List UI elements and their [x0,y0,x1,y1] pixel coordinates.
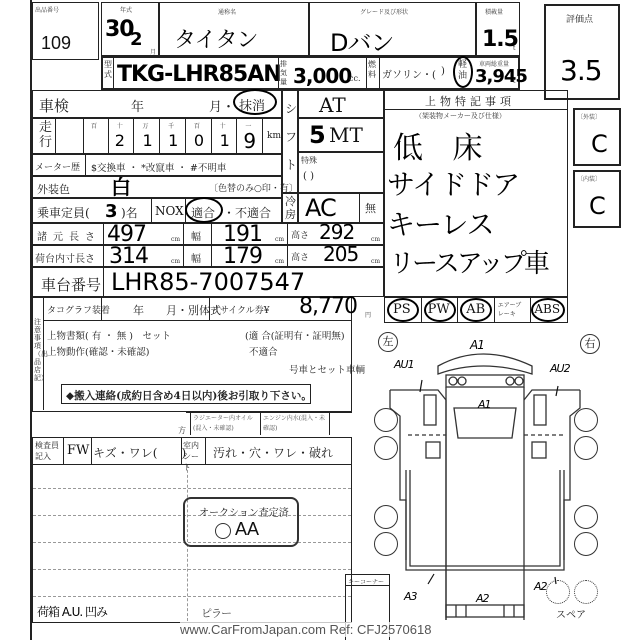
notes-section: 注意事項（出品店記） タコグラフ装着 年 月・別体式 リサイクル券¥ 8,770… [32,297,352,412]
inspection-row: 車検 年 月・ 抹消 [32,90,282,118]
exterior-grade-label: 〔外装〕 [577,112,601,121]
color-row: 外装色 白 〔色替のみ○印・有〕 [32,176,282,198]
tire-front-right-2 [574,436,598,460]
gvw-unit: t [513,78,515,85]
digit-cell: 百0 [186,119,212,153]
load-label: 積載量 [485,7,503,16]
divider [211,224,212,244]
inspector-note: 荷箱 A.U. 凹み [37,603,107,620]
equipment-ab-circle [460,298,492,322]
interior-grade-label: 〔内装〕 [577,174,601,183]
damage-mark-left-door: AU1 [394,358,414,371]
equipment-ps-circle [387,298,419,322]
watermark: www.CarFromJapan.com Ref: CFJ2570618 [180,622,431,637]
equipment-pw-circle [424,298,456,322]
divider [55,119,56,153]
digit-value: 2 [115,131,124,150]
auction-stamp: オークション査定済 AA [183,497,299,547]
divider [205,438,206,464]
equipment-cell-ps: PS [385,298,422,322]
shift-label: シフト [285,95,297,179]
digit-cell: 十1 [212,119,238,153]
digit-label: 千 [168,121,174,130]
score-box: 評価点 3.5 [544,4,620,100]
equipment-row: PS PW AB エアーブレーキ ABS [384,297,568,323]
upper-note-4: リースアップ車 [389,243,547,280]
tire-rear-right-2 [574,532,598,556]
grade-value: Dバン [330,23,393,58]
gvw-value: 3,945 [475,66,527,87]
shift-mt-box: 5 MT [298,118,384,152]
digit-cell: 一9 [237,119,263,153]
radiator-label: ラジエーター内オイル(混入・未確認) [193,414,259,434]
divider [101,298,102,320]
fuel-gasoline: ガソリン・( [382,66,436,81]
divider [63,438,64,464]
direction-label: 方 [178,425,186,436]
divider [183,246,184,266]
model-name: タイタン [174,23,258,54]
displacement-value: 3,000 [293,64,351,88]
divider [151,199,152,222]
recycle-label: リサイクル券¥ [211,303,269,316]
chassis-code: TKG-LHR85AN [117,62,281,87]
shift-mt-number: 5 [309,121,325,149]
inspector-row: 検査員記入 FW キズ・ワレ( ) 室内シート 汚れ・穴・ワレ・破れ [32,437,352,465]
digit-cell: 十2 [109,119,135,153]
notes-vertical-label: 注意事項（出品店記） [34,318,42,382]
fuel-paren-close: ) [441,66,445,77]
upper-note-2: サイドドア [387,163,519,203]
bed-height-label: 高さ [291,250,309,263]
upper-sublabel: （架装物メーカー及び仕様） [415,111,506,121]
divider [359,194,360,222]
fw-options: キズ・ワレ( ) [93,444,186,461]
digit-value: 1 [168,131,177,150]
divider [278,58,279,90]
equipment-cell-ab: AB [458,298,495,322]
digit-value: 0 [194,131,203,150]
tire-front-left-2 [374,436,398,460]
equipment-cell-pw: PW [422,298,459,322]
engine-water-cell: エンジン内水(混入・未確認) [260,413,330,435]
bed-length-label: 荷台内寸長さ [35,250,95,265]
mileage-digits: 百 十2 万1 千1 百0 十1 一9 [83,119,263,153]
displacement-label: 排気量 [280,60,289,87]
tire-front-right-1 [574,408,598,432]
model-name-box: 通称名 タイタン [159,2,309,56]
upper-note-1: 低 床 [393,123,493,167]
bed-length: 314 [109,244,148,269]
spare-tire-2 [574,580,598,604]
cm-unit: cm [171,258,180,265]
displacement-unit: cc. [349,74,361,83]
capacity-suffix: )名 [121,204,138,221]
digit-label: 十 [117,121,123,130]
shift-mt: MT [329,123,363,147]
digit-value: 1 [142,131,151,150]
inspection-status-circle [233,89,277,115]
inspector-label: 検査員記入 [35,440,59,462]
tacho-value: 年 月・別体式 [133,302,221,318]
damage-mark-rear-left: A3 [404,590,417,603]
shift-at: AT [319,93,346,117]
frame-number: LHR85-7007547 [111,268,305,296]
digit-cell: 万1 [134,119,160,153]
chassis-row: 型式 TKG-LHR85AN 排気量 3,000 cc. 燃料 ガソリン・( )… [101,56,520,90]
fuel-selected-circle [453,56,473,88]
ac-value: AC [305,194,336,222]
color-change-note: 〔色替のみ○印・有〕 [209,181,298,194]
tire-front-left-1 [374,408,398,432]
inspection-month: 月・ [209,96,235,115]
divider [211,246,212,266]
damage-mark-windshield: A1 [478,398,491,411]
fluid-row: 方 ラジエーター内オイル(混入・未確認) エンジン内水(混入・未確認) [186,412,352,436]
cm-unit: cm [171,236,180,243]
exterior-grade-box: 〔外装〕 C [573,108,621,166]
bed-width: 179 [223,244,262,269]
special-paren: ( ) [303,171,314,182]
digit-value: 9 [243,129,255,153]
dotted-line [33,488,351,489]
digit-label: 万 [142,121,148,130]
divider [385,109,567,110]
lot-number: 109 [41,33,71,54]
frame-row: 車台番号 LHR85-7007547 [32,267,384,297]
bed-width-label: 幅 [191,250,201,265]
recycle-unit: 円 [365,310,371,319]
exterior-color-label: 外装色 [37,181,70,197]
engine-water-label: エンジン内水(混入・未確認) [263,414,329,434]
month-value: 2 [130,29,142,50]
year-label: 年式 [120,5,132,14]
tire-rear-left-2 [374,532,398,556]
ac-box: AC 無 [298,193,384,223]
divider [287,224,288,244]
divider [91,438,92,464]
inspection-label: 車検 [39,95,69,116]
bed-height: 205 [323,242,358,266]
year-box: 年式 30 2 月 [101,2,159,56]
stamp-logo-text: AA [235,519,259,540]
divider [181,438,182,464]
inspection-year: 年 [131,96,144,115]
nox-ok-circle [185,197,223,223]
capacity-label: 乗車定員( [37,204,90,221]
spare-tire-1 [546,580,570,604]
inspector-note-2: ピラー [201,605,231,621]
divider [103,224,104,244]
mileage-unit: km [267,131,281,141]
exterior-grade: C [591,130,607,158]
interior-grade: C [589,192,605,220]
divider [366,58,367,90]
damage-diagram: 左 右 [352,330,640,640]
equipment-cell-abs: ABS [531,298,567,322]
tire-rear-right-1 [574,505,598,529]
meter-row: メーター歴 $交換車 ・ *改竄車 ・ #不明車 [32,154,282,176]
score-value: 3.5 [560,54,602,87]
spec-width-label: 幅 [191,228,201,243]
ac-label-col: 冷房 [282,193,298,223]
spec-height: 292 [319,220,354,244]
special-label: 特殊 [301,155,317,166]
grade-box: グレード及び形状 Dバン [309,2,476,56]
set-nonconform: 不適合 [249,344,278,358]
special-box: 特殊 ( ) [298,152,384,193]
spare-label: スペア [556,606,586,621]
mileage-row: 走行 百 十2 万1 千1 百0 十1 一9 km [32,118,282,154]
set-conformity: (適 合(証明有・証明無) [245,328,345,342]
interior-seat-options: 汚れ・穴・ワレ・破れ [213,444,333,461]
dotted-line [33,569,351,570]
divider [43,298,44,410]
grade-label: グレード及び形状 [360,7,408,16]
upper-docs: 上物書類( 有 ・ 無 ) セット [47,328,171,342]
nox-label: NOX [155,204,184,218]
divider [183,224,184,244]
stamp-title: オークション査定済 [199,504,289,519]
spec-length-label: 諸元長さ [37,228,101,243]
divider [85,155,86,175]
divider [287,246,288,266]
divider [209,298,210,320]
cm-unit: cm [371,258,380,265]
load-box: 積載量 1.5 t [476,2,520,56]
lot-number-box: 出品番号 109 [32,2,99,60]
radiator-cell: ラジエーター内オイル(混入・未確認) [190,413,260,435]
digit-label: 百 [91,121,97,130]
lot-label: 出品番号 [35,5,59,14]
divider [379,58,380,90]
digit-label: 百 [194,121,200,130]
mileage-label: 走行 [39,120,53,150]
digit-cell: 百 [83,119,109,153]
upper-notes-box: 上物特記事項 （架装物メーカー及び仕様） 低 床 サイドドア キーレス リースア… [384,90,568,297]
bed-row: 荷台内寸長さ 314 cm 幅 179 cm 高さ 205 cm [32,245,384,267]
stamp-logo-icon [215,523,231,539]
upper-operation: 上物動作(確認・未確認) [47,344,149,358]
upper-label: 上物特記事項 [425,93,515,109]
divider [43,320,351,321]
upper-note-3: キーレス [387,203,494,243]
shift-at-box: AT [298,90,384,118]
cm-unit: cm [275,258,284,265]
cm-unit: cm [275,236,284,243]
fuel-label: 燃料 [368,60,377,80]
air-brake-label: エアーブレーキ [498,301,524,319]
nox-ng: ・不適合 [223,204,271,221]
notice-box: ◆搬入連絡(成約日含め4日以内)後お引取り下さい。 [61,384,311,404]
equipment-cell-airbrake: エアーブレーキ [495,298,532,322]
interior-grade-box: 〔内装〕 C [573,170,621,228]
divider [113,58,114,90]
equipment-abs-circle [531,298,565,322]
damage-mark-rear-bumper: A2 [476,592,489,605]
shift-label-col: シフト [282,90,298,193]
model-name-label: 通称名 [218,7,236,16]
recycle-amount: 8,770 [299,294,357,319]
divider [103,246,104,266]
capacity-row: 乗車定員( 3 )名 NOX 適合 ・不適合 [32,198,282,223]
meter-label: メーター歴 [35,160,80,173]
load-unit: t [513,45,515,52]
fw-label: FW [67,443,89,458]
notice-text: ◆搬入連絡(成約日含め4日以内)後お引取り下さい。 [66,388,312,403]
spec-height-label: 高さ [291,228,309,241]
exterior-color: 白 [111,171,130,200]
ac-none: 無 [365,200,376,216]
damage-mark-front-bumper: A1 [470,338,484,352]
tire-rear-left-1 [374,505,398,529]
dotted-line [33,596,351,597]
frame-label: 車台番号 [41,274,101,295]
capacity-value: 3 [105,201,117,222]
cm-unit: cm [371,236,380,243]
damage-mark-rear-right: A2 [534,580,547,593]
divider [346,585,389,586]
ac-label: 冷房 [285,195,297,221]
damage-mark-right-door: AU2 [550,362,570,375]
score-label: 評価点 [566,12,593,25]
digit-cell: 千1 [160,119,186,153]
divider [103,268,104,296]
digit-label: 十 [220,121,226,130]
equipment-cells: PS PW AB エアーブレーキ ABS [385,298,567,322]
month-suffix: 月 [150,47,156,56]
digit-value: 1 [220,131,229,150]
